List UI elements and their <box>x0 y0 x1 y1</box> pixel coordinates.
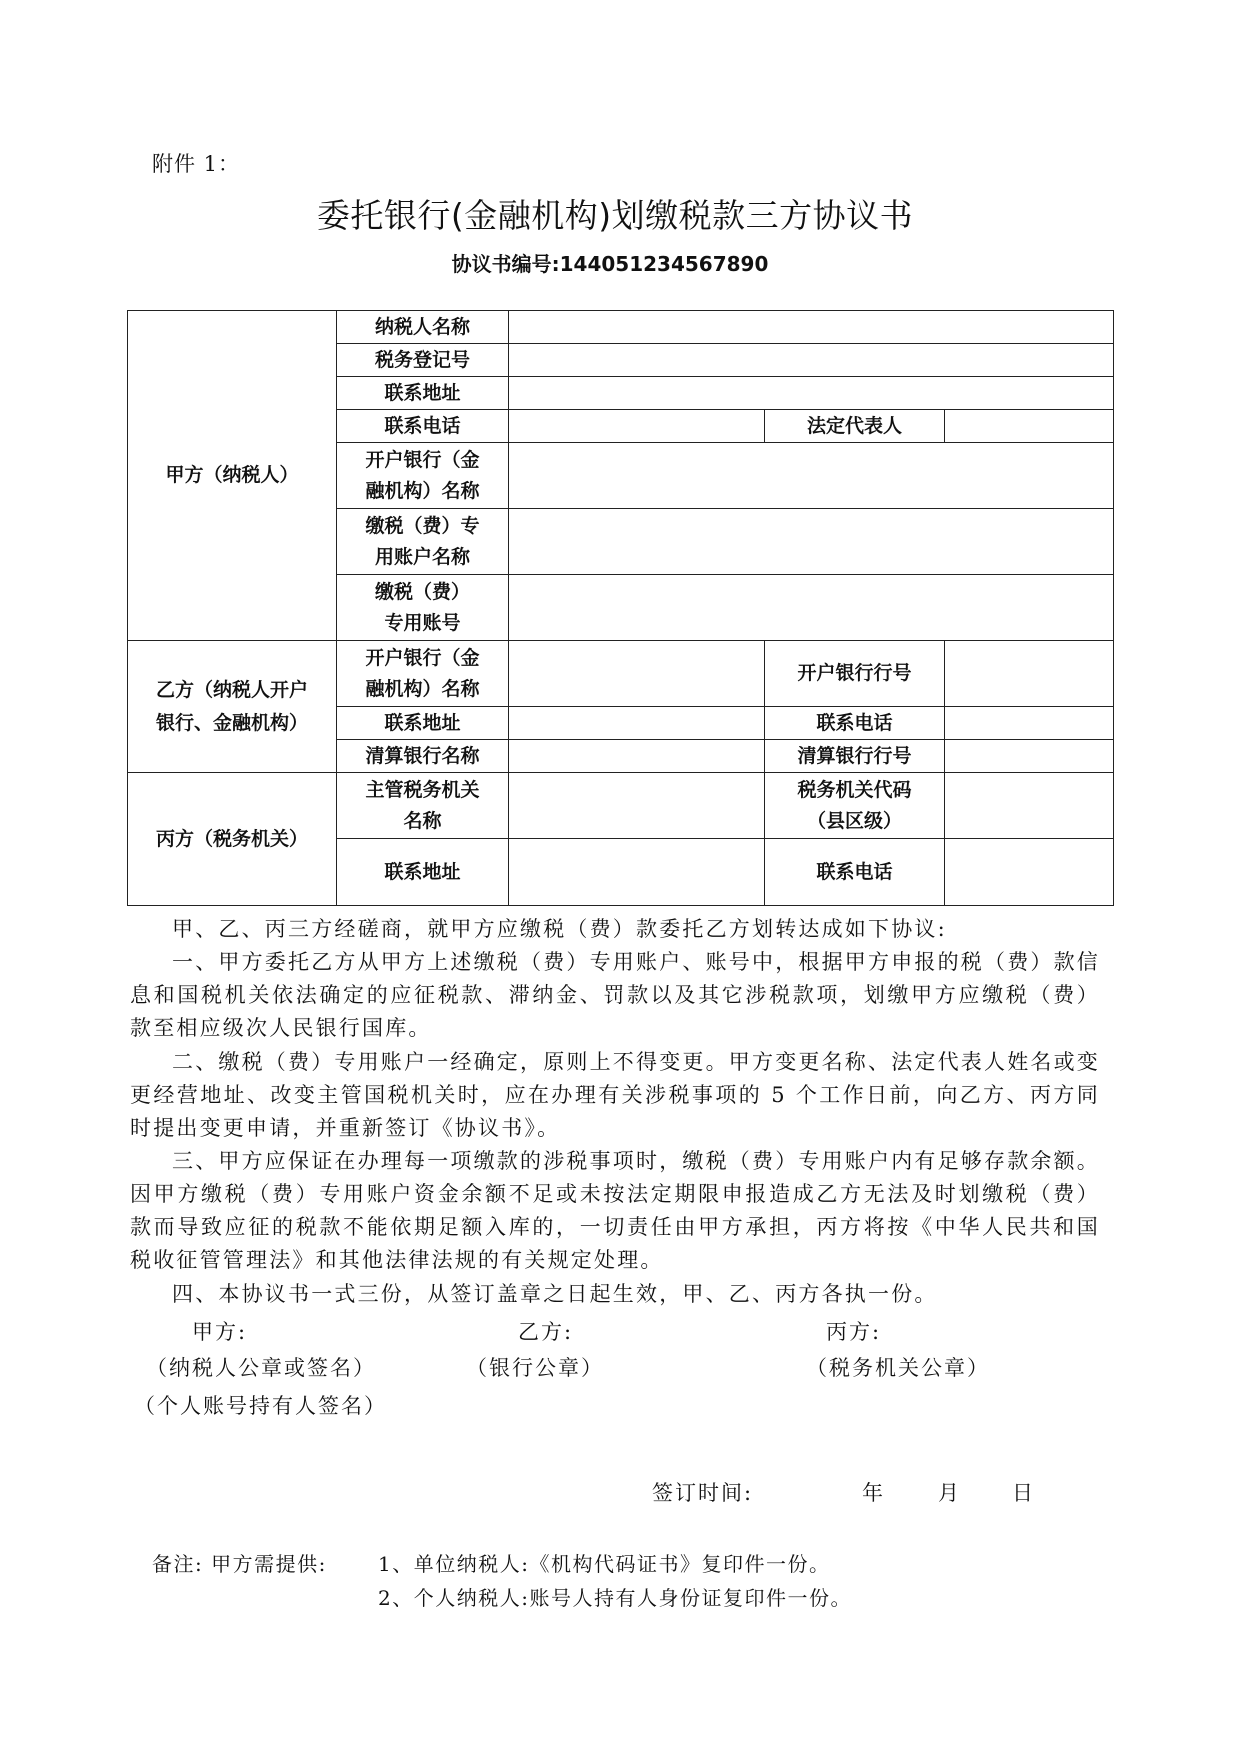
bank-code-label: 开户银行行号 <box>765 641 945 707</box>
taxpayer-name-field[interactable] <box>509 311 1114 344</box>
label-line: 融机构）名称 <box>341 674 504 705</box>
sign-date-year: 年 <box>862 1477 885 1507</box>
account-name-label: 缴税（费）专 用账户名称 <box>337 509 509 575</box>
sign-date-month: 月 <box>938 1477 961 1507</box>
party-b-seal: （银行公章） <box>466 1352 604 1382</box>
bank-code-field[interactable] <box>945 641 1114 707</box>
party-b-bank-name-label: 开户银行（金 融机构）名称 <box>337 641 509 707</box>
agreement-form-table: 甲方（纳税人） 纳税人名称 税务登记号 联系地址 联系电话 法定代表人 开户银行… <box>127 310 1114 906</box>
label-line: 乙方（纳税人开户 <box>132 674 332 707</box>
party-b-label: 乙方（纳税人开户 银行、金融机构） <box>128 641 337 773</box>
clearing-bank-name-field[interactable] <box>509 740 765 773</box>
party-a-address-field[interactable] <box>509 377 1114 410</box>
party-a-phone-field[interactable] <box>509 410 765 443</box>
account-name-field[interactable] <box>509 509 1114 575</box>
label-line: 缴税（费） <box>341 577 504 608</box>
label-line: 融机构）名称 <box>341 476 504 507</box>
clause-4: 四、本协议书一式三份，从签订盖章之日起生效，甲、乙、丙方各执一份。 <box>130 1278 1100 1311</box>
authority-code-field[interactable] <box>945 773 1114 839</box>
clause-3: 三、甲方应保证在办理每一项缴款的涉税事项时，缴税（费）专用账户内有足够存款余额。… <box>130 1145 1100 1277</box>
party-c-phone-label: 联系电话 <box>765 839 945 906</box>
document-number: 协议书编号:144051234567890 <box>0 248 1230 277</box>
party-a-bank-name-label: 开户银行（金 融机构）名称 <box>337 443 509 509</box>
authority-name-field[interactable] <box>509 773 765 839</box>
clearing-bank-code-field[interactable] <box>945 740 1114 773</box>
party-a-bank-name-field[interactable] <box>509 443 1114 509</box>
party-c-phone-field[interactable] <box>945 839 1114 906</box>
label-line: 名称 <box>341 806 504 837</box>
sign-date-label: 签订时间: <box>652 1477 753 1507</box>
label-line: 缴税（费）专 <box>341 511 504 542</box>
note-item-2: 2、个人纳税人:账号人持有人身份证复印件一份。 <box>378 1582 852 1611</box>
label-line: 主管税务机关 <box>341 775 504 806</box>
page-title: 委托银行(金融机构)划缴税款三方协议书 <box>0 190 1235 237</box>
legal-rep-field[interactable] <box>945 410 1114 443</box>
clause-intro: 甲、乙、丙三方经磋商，就甲方应缴税（费）款委托乙方划转达成如下协议: <box>130 913 1100 946</box>
account-no-label: 缴税（费） 专用账号 <box>337 575 509 641</box>
legal-rep-label: 法定代表人 <box>765 410 945 443</box>
label-line: （县区级） <box>769 806 940 837</box>
party-b-address-label: 联系地址 <box>337 707 509 740</box>
label-line: 银行、金融机构） <box>132 707 332 740</box>
attachment-label: 附件 1： <box>152 148 240 178</box>
clearing-bank-name-label: 清算银行名称 <box>337 740 509 773</box>
note-prefix: 备注: 甲方需提供: <box>152 1548 327 1577</box>
label-line: 用账户名称 <box>341 542 504 573</box>
label-line: 开户银行（金 <box>341 445 504 476</box>
party-b-sign-label: 乙方: <box>518 1316 573 1346</box>
party-c-address-label: 联系地址 <box>337 839 509 906</box>
tax-registration-label: 税务登记号 <box>337 344 509 377</box>
party-a-sign-label: 甲方: <box>192 1316 247 1346</box>
party-a-label: 甲方（纳税人） <box>128 311 337 641</box>
party-a-seal-personal: （个人账号持有人签名） <box>134 1390 387 1420</box>
party-c-label: 丙方（税务机关） <box>128 773 337 906</box>
party-c-address-field[interactable] <box>509 839 765 906</box>
party-a-phone-label: 联系电话 <box>337 410 509 443</box>
party-b-phone-label: 联系电话 <box>765 707 945 740</box>
account-no-field[interactable] <box>509 575 1114 641</box>
party-c-sign-label: 丙方: <box>826 1316 881 1346</box>
taxpayer-name-label: 纳税人名称 <box>337 311 509 344</box>
authority-code-label: 税务机关代码 （县区级） <box>765 773 945 839</box>
party-b-phone-field[interactable] <box>945 707 1114 740</box>
label-line: 专用账号 <box>341 608 504 639</box>
sign-date-day: 日 <box>1012 1477 1035 1507</box>
label-line: 开户银行（金 <box>341 643 504 674</box>
clearing-bank-code-label: 清算银行行号 <box>765 740 945 773</box>
party-b-bank-name-field[interactable] <box>509 641 765 707</box>
party-b-address-field[interactable] <box>509 707 765 740</box>
note-item-1: 1、单位纳税人:《机构代码证书》复印件一份。 <box>378 1548 830 1577</box>
authority-name-label: 主管税务机关 名称 <box>337 773 509 839</box>
tax-registration-field[interactable] <box>509 344 1114 377</box>
party-c-seal: （税务机关公章） <box>806 1352 990 1382</box>
label-line: 税务机关代码 <box>769 775 940 806</box>
party-a-address-label: 联系地址 <box>337 377 509 410</box>
clause-2: 二、缴税（费）专用账户一经确定，原则上不得变更。甲方变更名称、法定代表人姓名或变… <box>130 1046 1100 1145</box>
clause-1: 一、甲方委托乙方从甲方上述缴税（费）专用账户、账号中，根据甲方申报的税（费）款信… <box>130 946 1100 1045</box>
party-a-seal: （纳税人公章或签名） <box>146 1352 376 1382</box>
